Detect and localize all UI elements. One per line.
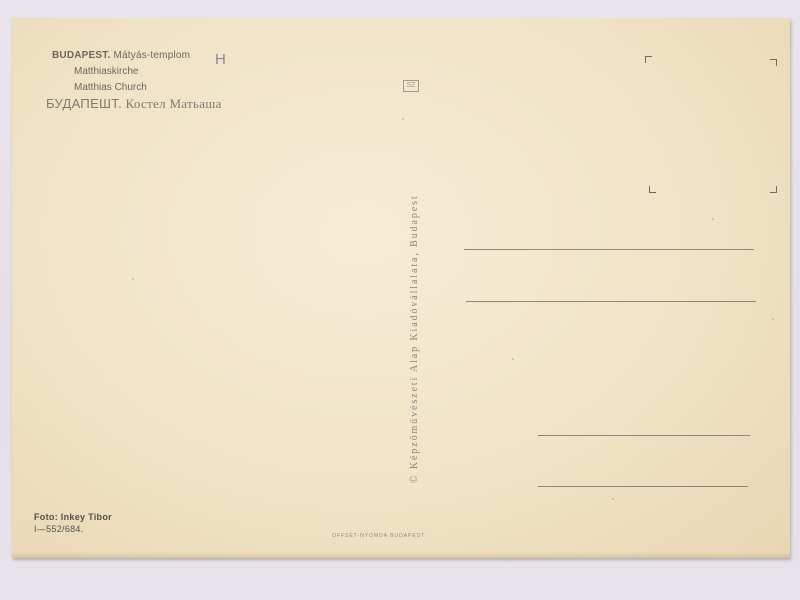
catalog-number: I—552/684. <box>34 524 84 534</box>
paper-speck <box>612 498 614 500</box>
stamp-corner-bottom-right-icon <box>770 186 777 193</box>
paper-speck <box>772 318 774 320</box>
address-line-4 <box>538 486 748 487</box>
series-mark: H <box>215 51 226 68</box>
caption-hungarian: BUDAPEST. Mátyás-templom <box>52 50 190 61</box>
paper-speck <box>402 118 404 120</box>
printer-credit: OFFSET-NYOMDA BUDAPEST <box>332 533 425 539</box>
caption-cyrillic-name: Костел Матьаша <box>126 96 222 111</box>
postcard-back: BUDAPEST. Mátyás-templom Matthiaskirche … <box>12 18 790 558</box>
caption-german: Matthiaskirche <box>74 66 138 77</box>
address-line-1 <box>464 249 754 250</box>
paper-speck <box>712 218 714 220</box>
paper-speck <box>512 358 514 360</box>
publisher-credit: © Képzőművészeti Alap Kiadóvállalata, Bu… <box>409 194 420 483</box>
stamp-corner-top-left-icon <box>645 56 652 63</box>
publisher-logo-icon: SZ <box>403 80 419 92</box>
caption-city-cyrillic: БУДАПЕШТ. <box>46 96 122 111</box>
photo-credit: Foto: Inkey Tibor <box>34 512 112 522</box>
stamp-corner-top-right-icon <box>770 59 777 66</box>
address-line-3 <box>538 435 750 436</box>
caption-hungarian-name: Mátyás-templom <box>113 50 190 61</box>
caption-city: BUDAPEST. <box>52 50 110 61</box>
paper-speck <box>132 278 134 280</box>
caption-english: Matthias Church <box>74 82 147 93</box>
address-line-2 <box>466 301 756 302</box>
stamp-corner-bottom-left-icon <box>649 186 656 193</box>
caption-russian: БУДАПЕШТ. Костел Матьаша <box>46 96 222 112</box>
